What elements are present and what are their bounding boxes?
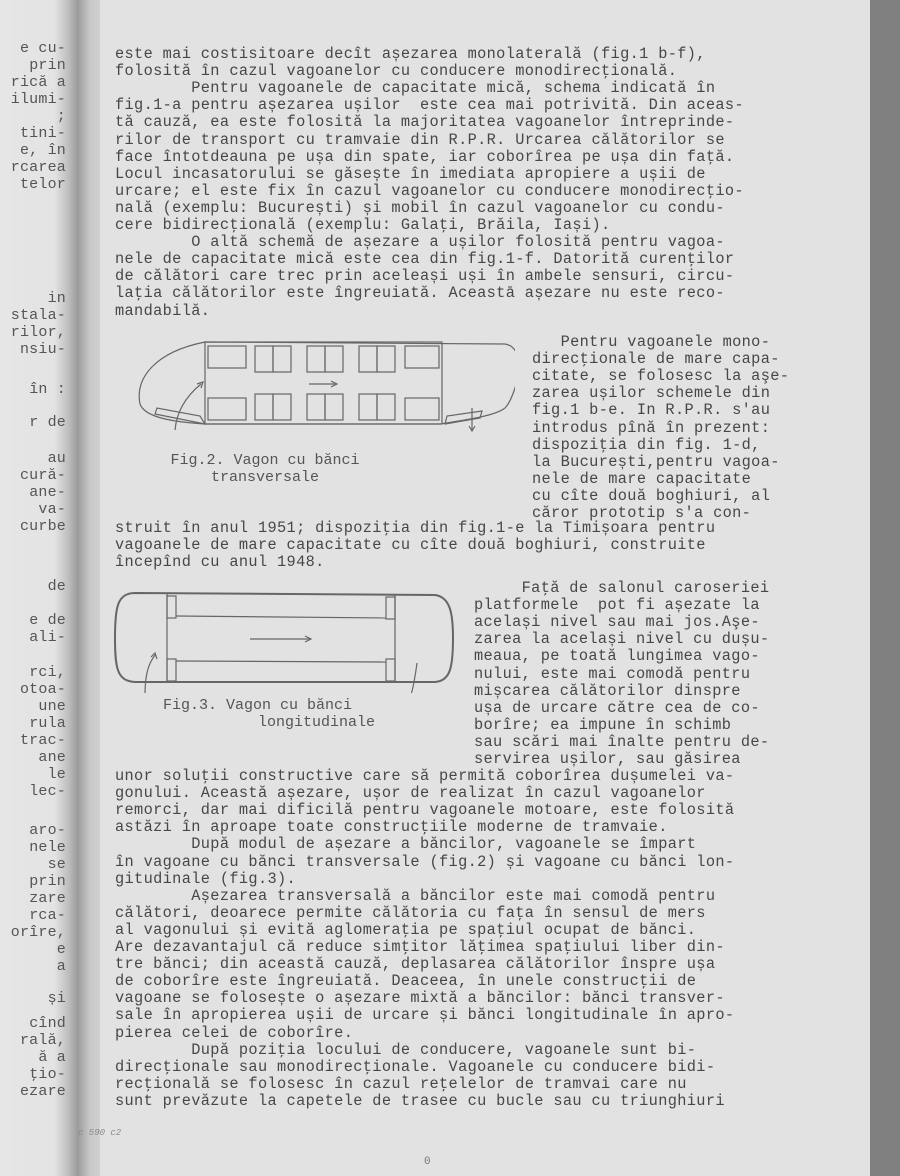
text-line: gonului. Această așezare, ușor de realiz…: [115, 785, 706, 802]
previous-page-fragment: e: [57, 941, 66, 958]
text-line: dispoziţia din fig. 1-d,: [532, 437, 761, 454]
previous-page-fragment: prin: [29, 57, 66, 74]
text-line: Locul incasatorului se găsește în imedia…: [115, 166, 706, 183]
previous-page-fragment: ezare: [20, 1083, 66, 1100]
text-line: nală (exemplu: București) și mobil în ca…: [115, 200, 725, 217]
previous-page-fragment: ă a: [38, 1049, 66, 1066]
previous-page-fragment: rilor,: [11, 324, 66, 341]
previous-page-fragment: rci,: [29, 664, 66, 681]
text-line: mișcarea călătorilor dinspre: [474, 683, 741, 700]
previous-page-fragment: telor: [20, 176, 66, 193]
previous-page-fragment: au: [48, 450, 66, 467]
text-line: sale în apropierea ușii de urcare și băn…: [115, 1007, 734, 1024]
text-line: ușa de urcare către cea de co-: [474, 700, 760, 717]
text-line: pierea celei de coborîre.: [115, 1025, 353, 1042]
previous-page-fragment: otoa-: [20, 681, 66, 698]
text-line: face întotdeauna pe ușa din spate, iar c…: [115, 149, 734, 166]
previous-page-fragment: ali-: [29, 629, 66, 646]
previous-page-fragment: orîre,: [11, 924, 66, 941]
text-line: direcţionale sau monodirecţionale. Vagoa…: [115, 1059, 715, 1076]
previous-page-fragment: r de: [29, 414, 66, 431]
text-line: același nivel sau mai jos.Aşe-: [474, 614, 760, 631]
fig2-caption-line2: transversale: [150, 469, 380, 486]
previous-page-fragment: e cu-: [20, 40, 66, 57]
previous-page-fragment: trac-: [20, 732, 66, 749]
previous-page-fragment: aro-: [29, 822, 66, 839]
previous-page-fragment: zare: [29, 890, 66, 907]
previous-page-fragment: rală,: [20, 1032, 66, 1049]
text-line: astăzi în aproape toate construcţiile mo…: [115, 819, 668, 836]
text-line: vagoane se folosește o așezare mixtă a b…: [115, 990, 725, 1007]
text-line: folosită în cazul vagoanelor cu conducer…: [115, 63, 677, 80]
text-line: zarea ușilor schemele din: [532, 385, 770, 402]
text-line: de călători care trec prin aceleași uși …: [115, 268, 734, 285]
previous-page-fragment: e, în: [20, 142, 66, 159]
page-number: 0: [424, 1156, 431, 1168]
previous-page-fragment: a: [57, 958, 66, 975]
text-line: recţională se folosesc în cazul reţelelo…: [115, 1076, 687, 1093]
text-line: tre bănci; din această cauză, deplasarea…: [115, 956, 715, 973]
previous-page-fragment: ane-: [29, 484, 66, 501]
previous-page-fragment: de: [48, 578, 66, 595]
text-line: Faţă de salonul caroseriei: [474, 580, 769, 597]
previous-page-fragment: lec-: [29, 783, 66, 800]
text-line: struit în anul 1951; dispoziţia din fig.…: [115, 520, 715, 537]
previous-page-edge: e cu-prinrică ailumi-;tini-e, înrcareate…: [0, 0, 78, 1176]
text-line: nele de capacitate mică este cea din fig…: [115, 251, 734, 268]
tram-longitudinal-seats-diagram: [105, 583, 455, 693]
text-line: Are dezavantajul că reduce simţitor lăţi…: [115, 939, 725, 956]
previous-page-fragment: rcarea: [11, 159, 66, 176]
text-line: Pentru vagoanele mono-: [532, 334, 770, 351]
text-line: meaua, pe toată lungimea vago-: [474, 648, 760, 665]
previous-page-fragment: e de: [29, 612, 66, 629]
previous-page-fragment: in: [48, 290, 66, 307]
text-line: sunt prevăzute la capetele de trasee cu …: [115, 1093, 725, 1110]
text-line: fig.1-a pentru așezarea ușilor este cea …: [115, 97, 744, 114]
text-line: cu cîte două boghiuri, al: [532, 488, 770, 505]
fig2-caption-line1: Fig.2. Vagon cu bănci: [150, 452, 380, 469]
text-line: este mai costisitoare decît așezarea mon…: [115, 46, 706, 63]
previous-page-fragment: nsiu-: [20, 341, 66, 358]
text-line: călători, deoarece permite călătoria cu …: [115, 905, 706, 922]
previous-page-fragment: ane: [38, 749, 66, 766]
previous-page-fragment: în :: [29, 381, 66, 398]
tram-transverse-seats-diagram: [135, 338, 515, 438]
text-line: introdus pînă în prezent:: [532, 420, 770, 437]
text-line: borîre; ea impune în schimb: [474, 717, 731, 734]
previous-page-fragment: le: [48, 766, 66, 783]
text-line: platformele pot fi așezate la: [474, 597, 760, 614]
previous-page-fragment: tini-: [20, 125, 66, 142]
previous-page-fragment: rca-: [29, 907, 66, 924]
previous-page-fragment: ;: [57, 108, 66, 125]
text-line: direcţionale de mare capa-: [532, 351, 780, 368]
previous-page-fragment: nele: [29, 839, 66, 856]
text-line: zarea la același nivel cu dușu-: [474, 631, 769, 648]
text-line: Așezarea transversală a băncilor este ma…: [115, 888, 715, 905]
fig3-caption-line1: Fig.3. Vagon cu bănci: [140, 697, 375, 714]
scan-right-border: [870, 0, 900, 1176]
previous-page-fragment: une: [38, 698, 66, 715]
text-line: nului, este mai comodă pentru: [474, 666, 750, 683]
previous-page-fragment: ţio-: [29, 1066, 66, 1083]
text-line: urcare; el este fix în cazul vagoanelor …: [115, 183, 744, 200]
previous-page-fragment: va-: [38, 501, 66, 518]
text-line: al vagonului și evită aglomeraţia pe spa…: [115, 922, 696, 939]
previous-page-fragment: curbe: [20, 518, 66, 535]
text-line: de coborîre este îngreuiată. Deaceea, în…: [115, 973, 696, 990]
text-line: la București,pentru vagoa-: [532, 454, 780, 471]
text-line: laţia călătorilor este îngreuiată. Aceas…: [115, 285, 725, 302]
text-line: citate, se folosesc la aşe-: [532, 368, 789, 385]
fig3-caption-line2: longitudinale: [140, 714, 375, 731]
text-line: După modul de așezare a băncilor, vagoan…: [115, 836, 696, 853]
text-line: sau scări mai înalte pentru de-: [474, 734, 769, 751]
text-line: remorci, dar mai dificilă pentru vagoane…: [115, 802, 734, 819]
text-line: Pentru vagoanele de capacitate mică, sch…: [115, 80, 715, 97]
previous-page-fragment: stala-: [11, 307, 66, 324]
previous-page-fragment: rică a: [11, 74, 66, 91]
text-line: fig.1 b-e. In R.P.R. s'au: [532, 402, 770, 419]
text-line: rilor de transport cu tramvaie din R.P.R…: [115, 132, 725, 149]
previous-page-fragment: cînd: [29, 1015, 66, 1032]
text-line: servirea ușilor, sau găsirea: [474, 751, 741, 768]
previous-page-fragment: prin: [29, 873, 66, 890]
text-line: vagoanele de mare capacitate cu cîte dou…: [115, 537, 706, 554]
previous-page-fragment: și: [48, 990, 66, 1007]
text-line: începînd cu anul 1948.: [115, 554, 325, 571]
text-line: mandabilă.: [115, 303, 210, 320]
previous-page-fragment: ilumi-: [11, 91, 66, 108]
text-line: cere bidirecţională (exemplu: Galaţi, Br…: [115, 217, 611, 234]
text-line: gitudinale (fig.3).: [115, 871, 296, 888]
text-line: După poziţia locului de conducere, vagoa…: [115, 1042, 696, 1059]
footer-mark: c 590 c2: [78, 1128, 121, 1138]
previous-page-fragment: cură-: [20, 467, 66, 484]
text-line: unor soluţii constructive care să permit…: [115, 768, 734, 785]
text-line: în vagoane cu bănci transversale (fig.2)…: [115, 854, 734, 871]
text-line: tă cauză, ea este folosită la majoritate…: [115, 114, 734, 131]
previous-page-fragment: se: [48, 856, 66, 873]
previous-page-fragment: rula: [29, 715, 66, 732]
text-line: nele de mare capacitate: [532, 471, 751, 488]
text-line: O altă schemă de așezare a ușilor folosi…: [115, 234, 725, 251]
